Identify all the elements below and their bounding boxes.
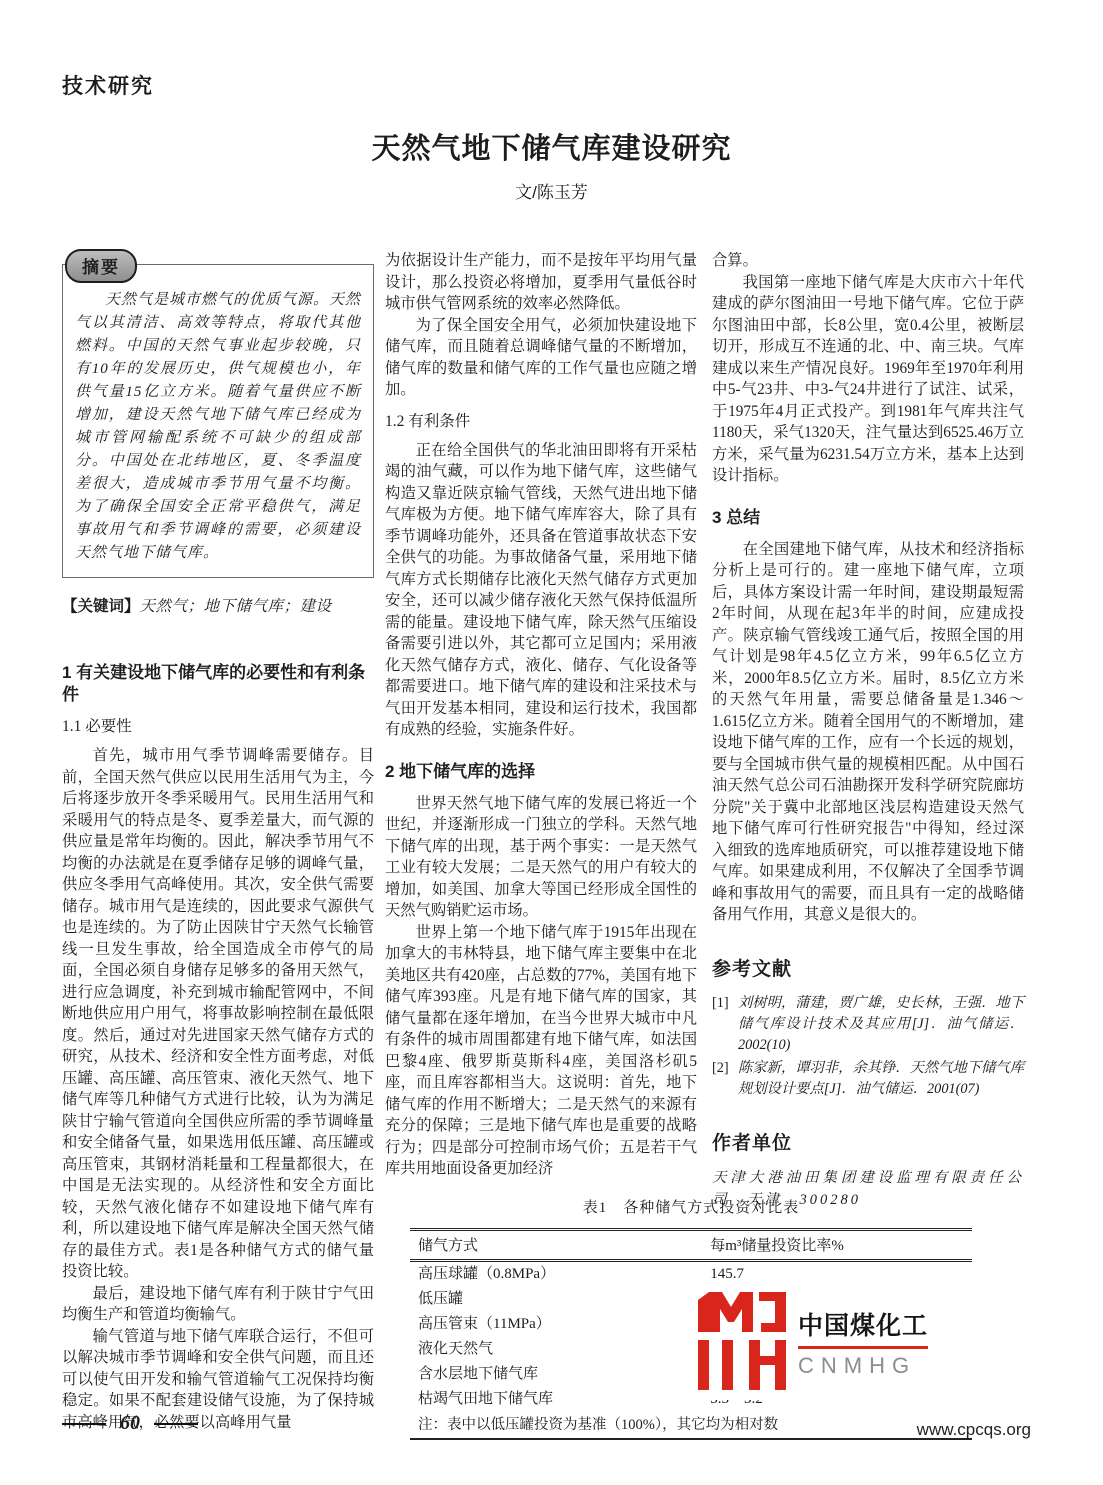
paragraph: 我国第一座地下储气库是大庆市六十年代建成的萨尔图油田一号地下储气库。它位于萨尔图… (712, 272, 1024, 487)
heading-section-1: 1 有关建设地下储气库的必要性和有利条件 (62, 662, 374, 706)
abstract-text: 天然气是城市燃气的优质气源。天然气以其清洁、高效等特点，将取代其他燃料。中国的天… (75, 289, 361, 565)
table-1-title: 表1 各种储气方式投资对比表 (410, 1198, 972, 1218)
reference-text: 陈家新，谭羽非，余其铮．天然气地下储气库规划设计要点[J]．油气储运．2001(… (738, 1060, 1024, 1097)
row-name: 高压管束（11MPa） (410, 1312, 702, 1337)
heading-section-1-1: 1.1 必要性 (62, 716, 374, 737)
paragraph: 正在给全国供气的华北油田即将有开采枯竭的油气藏，可以作为地下储气库，这些储气构造… (385, 440, 697, 741)
paragraph: 为依据设计生产能力，而不是按年平均用气量设计，那么投资必将增加，夏季用气量低谷时… (385, 250, 697, 315)
abstract-box: 摘要 天然气是城市燃气的优质气源。天然气以其清洁、高效等特点，将取代其他燃料。中… (62, 264, 374, 578)
keywords-text: 天然气；地下储气库；建设 (140, 598, 332, 615)
affiliation-heading: 作者单位 (712, 1128, 1024, 1155)
paragraph: 为了保全国安全用气，必须加快建设地下储气库，而且随着总调峰储气量的不断增加，储气… (385, 315, 697, 401)
column-left: 摘要 天然气是城市燃气的优质气源。天然气以其清洁、高效等特点，将取代其他燃料。中… (62, 250, 374, 1433)
row-name: 含水层地下储气库 (410, 1362, 702, 1387)
page-number-rule (62, 1423, 106, 1425)
cnmhg-logo-text: 中国煤化工 CNMHG (798, 1306, 928, 1379)
cnmhg-logo-chinese: 中国煤化工 (798, 1306, 928, 1349)
keywords-line: 【关键词】天然气；地下储气库；建设 (62, 596, 374, 618)
reference-item: [2] 陈家新，谭羽非，余其铮．天然气地下储气库规划设计要点[J]．油气储运．2… (712, 1058, 1024, 1100)
references-heading: 参考文献 (712, 954, 1024, 981)
byline: 文/陈玉芳 (0, 178, 1103, 203)
abstract-tab: 摘要 (65, 249, 137, 283)
table-header-row: 储气方式 每m³储量投资比率% (410, 1230, 972, 1261)
table-note-row: 注：表中以低压罐投资为基准（100%），其它均为相对数 (410, 1412, 972, 1439)
journal-website: www.cpcqs.org (917, 1420, 1031, 1440)
table-note: 注：表中以低压罐投资为基准（100%），其它均为相对数 (410, 1412, 972, 1439)
column-header-storage-method: 储气方式 (410, 1230, 702, 1261)
cnmhg-watermark: 中国煤化工 CNMHG (698, 1284, 936, 1400)
journal-page: 技术研究 天然气地下储气库建设研究 文/陈玉芳 摘要 天然气是城市燃气的优质气源… (0, 0, 1103, 1485)
paragraph: 世界天然气地下储气库的发展已将近一个世纪，并逐渐形成一门独立的学科。天然气地下储… (385, 793, 697, 922)
paragraph: 合算。 (712, 250, 1024, 272)
cnmhg-logo-icon (698, 1292, 788, 1392)
cnmhg-logo-latin: CNMHG (798, 1353, 928, 1379)
reference-number: [2] (712, 1058, 729, 1079)
page-number: 60 (62, 1412, 198, 1435)
page-number-rule (154, 1423, 198, 1425)
reference-number: [1] (712, 993, 729, 1014)
column-right: 合算。 我国第一座地下储气库是大庆市六十年代建成的萨尔图油田一号地下储气库。它位… (712, 250, 1024, 1211)
column-header-investment-ratio: 每m³储量投资比率% (702, 1230, 972, 1261)
heading-section-2: 2 地下储气库的选择 (385, 761, 697, 783)
heading-section-3: 3 总结 (712, 507, 1024, 529)
page-number-value: 60 (120, 1412, 140, 1435)
row-name: 低压罐 (410, 1287, 702, 1312)
section-eyebrow: 技术研究 (62, 70, 154, 100)
paragraph: 在全国建地下储气库，从技术和经济指标分析上是可行的。建一座地下储气库，立项后，具… (712, 539, 1024, 926)
row-name: 高压球罐（0.8MPa） (410, 1261, 702, 1288)
paragraph: 首先，城市用气季节调峰需要储存。目前，全国天然气供应以民用生活用气为主，今后将逐… (62, 745, 374, 1283)
paragraph: 最后，建设地下储气库有利于陕甘宁气田均衡生产和管道均衡输气。 (62, 1283, 374, 1326)
heading-section-1-2: 1.2 有利条件 (385, 411, 697, 432)
column-middle: 为依据设计生产能力，而不是按年平均用气量设计，那么投资必将增加，夏季用气量低谷时… (385, 250, 697, 1180)
page-title: 天然气地下储气库建设研究 (0, 126, 1103, 167)
row-name: 液化天然气 (410, 1337, 702, 1362)
reference-item: [1] 刘树明，蒲建，贾广雄，史长林，王强．地下储气库设计技术及其应用[J]．油… (712, 993, 1024, 1056)
row-name: 枯竭气田地下储气库 (410, 1387, 702, 1412)
reference-text: 刘树明，蒲建，贾广雄，史长林，王强．地下储气库设计技术及其应用[J]．油气储运．… (738, 995, 1024, 1053)
keywords-label: 【关键词】 (62, 598, 140, 615)
paragraph: 世界上第一个地下储气库于1915年出现在加拿大的韦林特县，地下储气库主要集中在北… (385, 922, 697, 1180)
